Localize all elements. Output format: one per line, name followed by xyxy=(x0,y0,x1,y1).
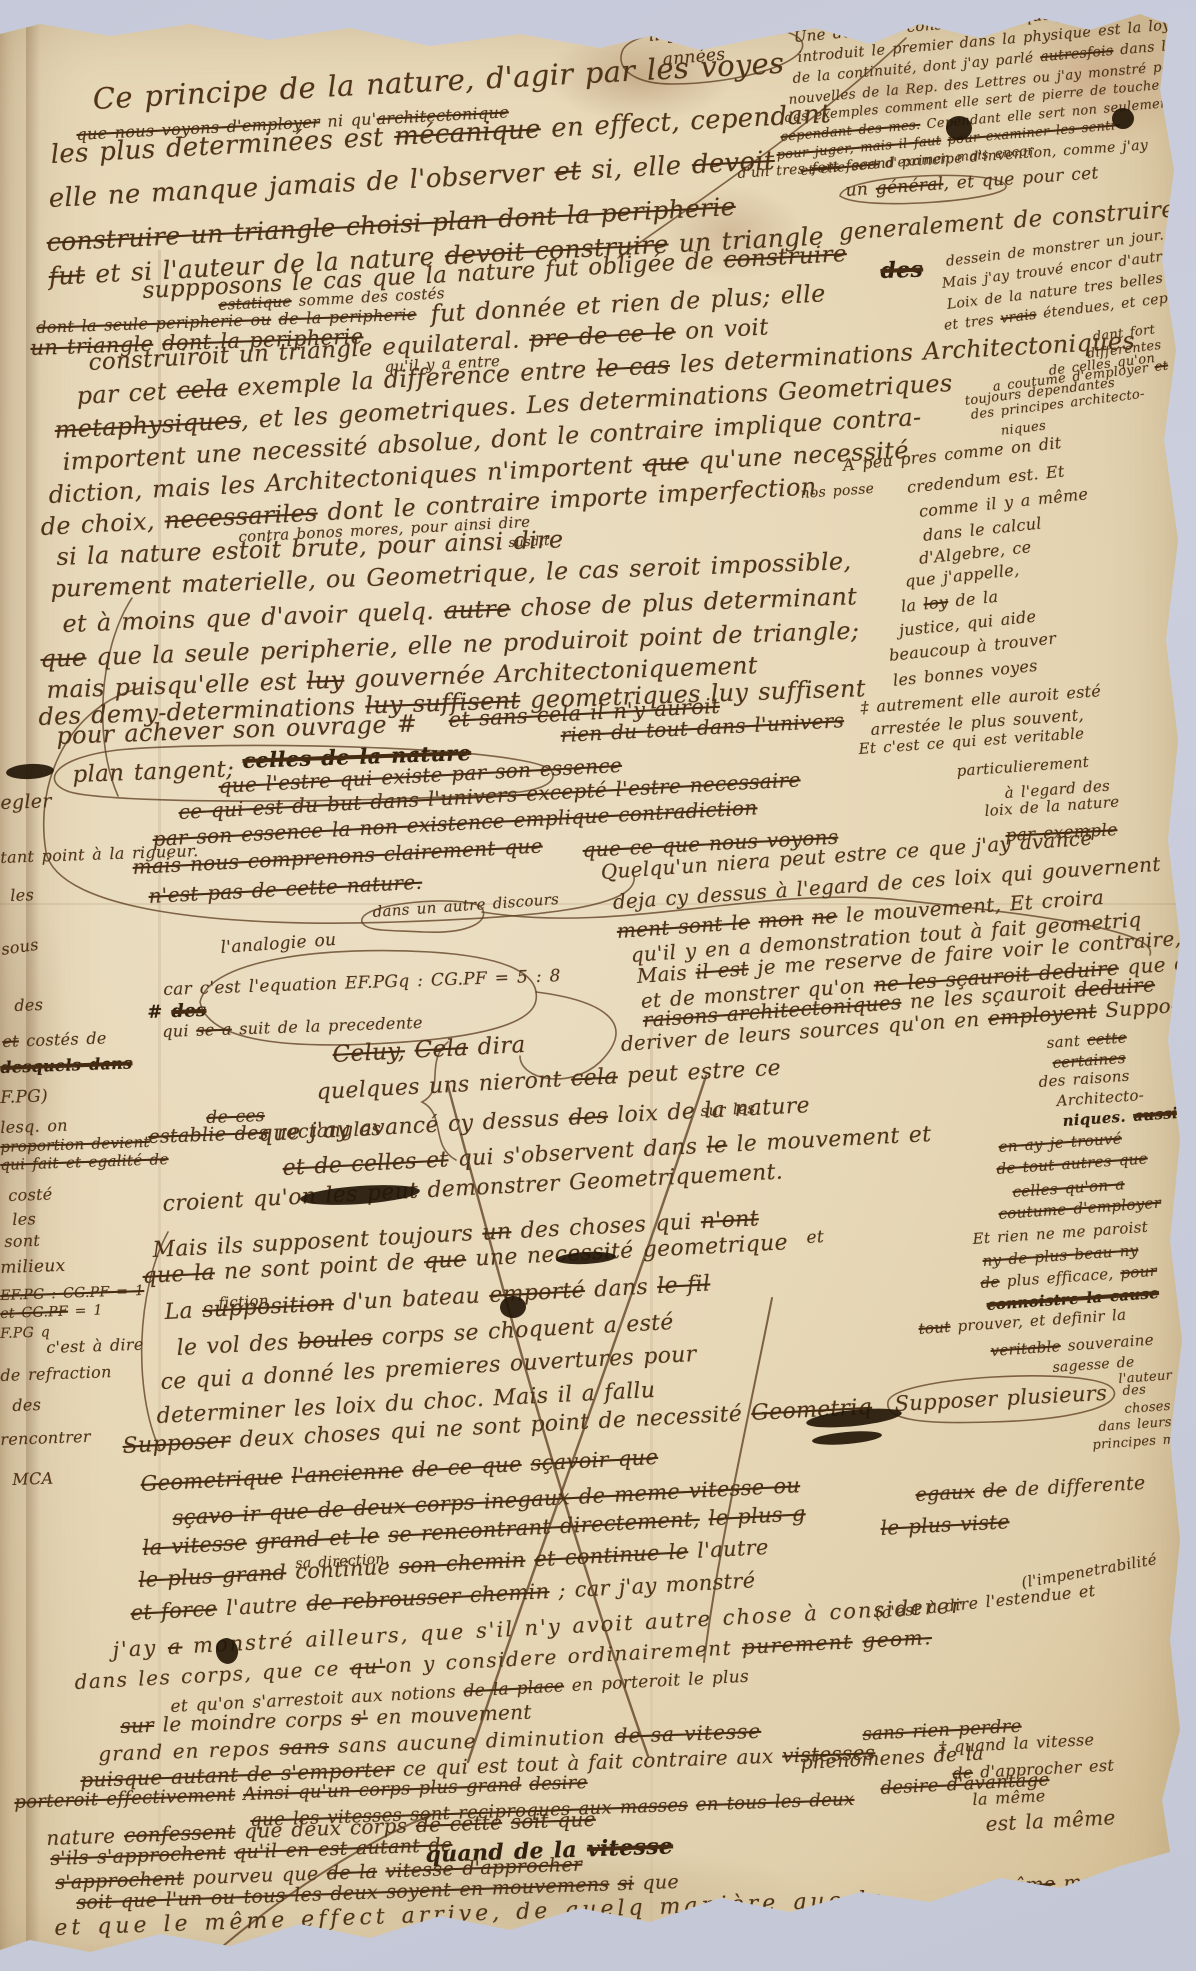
manuscript-line: et xyxy=(806,1227,825,1248)
manuscript-line: car c'est l'equation EF.PGq : CG.PF = 5 … xyxy=(163,966,561,1000)
manuscript-line: desquels dans xyxy=(0,1053,133,1077)
manuscript-lines: 5 il y a plusieursannéesUne des plus con… xyxy=(0,0,1196,1971)
manuscript-line: rencontrer xyxy=(0,1427,91,1449)
manuscript-line: F.PG q xyxy=(0,1324,50,1342)
ink-blot xyxy=(812,1429,883,1447)
manuscript-line: dans leurs xyxy=(1098,1415,1172,1435)
manuscript-line: est la même xyxy=(985,1805,1116,1836)
manuscript-line: le plus viste xyxy=(880,1509,1010,1540)
ink-blot xyxy=(946,116,972,140)
manuscript-line: costé xyxy=(8,1184,53,1205)
manuscript-line: choses xyxy=(1124,1399,1171,1417)
manuscript-line: Supposer plusieurs xyxy=(894,1381,1108,1416)
manuscript-line: des xyxy=(12,1395,41,1415)
manuscript-line: plan tangent; xyxy=(72,756,235,788)
manuscript-line: MCA xyxy=(12,1469,54,1489)
manuscript-line: # des xyxy=(147,1000,207,1023)
manuscript-line: des xyxy=(14,995,43,1015)
ink-blot xyxy=(1112,108,1134,129)
manuscript-line: egler xyxy=(0,790,52,814)
page-number: 5 xyxy=(1086,1896,1098,1917)
manuscript-line: lesq. on xyxy=(0,1116,68,1137)
manuscript-line: et costés de xyxy=(2,1028,107,1051)
manuscript-line: même mouvement xyxy=(995,1866,1179,1898)
manuscript-line: egaux de de differente xyxy=(915,1472,1146,1506)
manuscript-line: l'analogie ou xyxy=(220,930,337,958)
manuscript-line: c'est à dire xyxy=(46,1335,144,1357)
manuscript-line: (c'est à dire l'estendue et xyxy=(874,1581,1096,1623)
manuscript-line: de refraction xyxy=(0,1362,112,1385)
manuscript-line: F.PG) xyxy=(0,1086,48,1108)
manuscript-line: sous xyxy=(0,935,40,959)
manuscript-photo: 5 il y a plusieursannéesUne des plus con… xyxy=(0,0,1196,1971)
manuscript-line: des xyxy=(1122,1382,1147,1399)
manuscript-line: des xyxy=(880,257,924,284)
manuscript-line: sant cette xyxy=(1046,1028,1127,1052)
manuscript-line: particulierement xyxy=(956,753,1090,780)
manuscript-line: il y a plusieurs xyxy=(648,14,786,46)
manuscript-line: EF.PG : CG.PF = 1 xyxy=(0,1283,145,1304)
manuscript-line: la même xyxy=(972,1786,1046,1809)
manuscript-line: les xyxy=(10,885,34,905)
manuscript-line: sont xyxy=(4,1231,40,1251)
manuscript-line: Celuy, Cela dira xyxy=(332,1032,526,1068)
manuscript-line: les xyxy=(12,1209,36,1229)
ink-blot xyxy=(499,1295,527,1319)
ink-blot xyxy=(6,763,55,780)
manuscript-line: milieux xyxy=(0,1256,66,1278)
manuscript-line: et CG.PF = 1 xyxy=(0,1302,103,1322)
manuscript-paper: 5 il y a plusieursannéesUne des plus con… xyxy=(0,0,1196,1971)
manuscript-line: susdit xyxy=(508,534,550,551)
